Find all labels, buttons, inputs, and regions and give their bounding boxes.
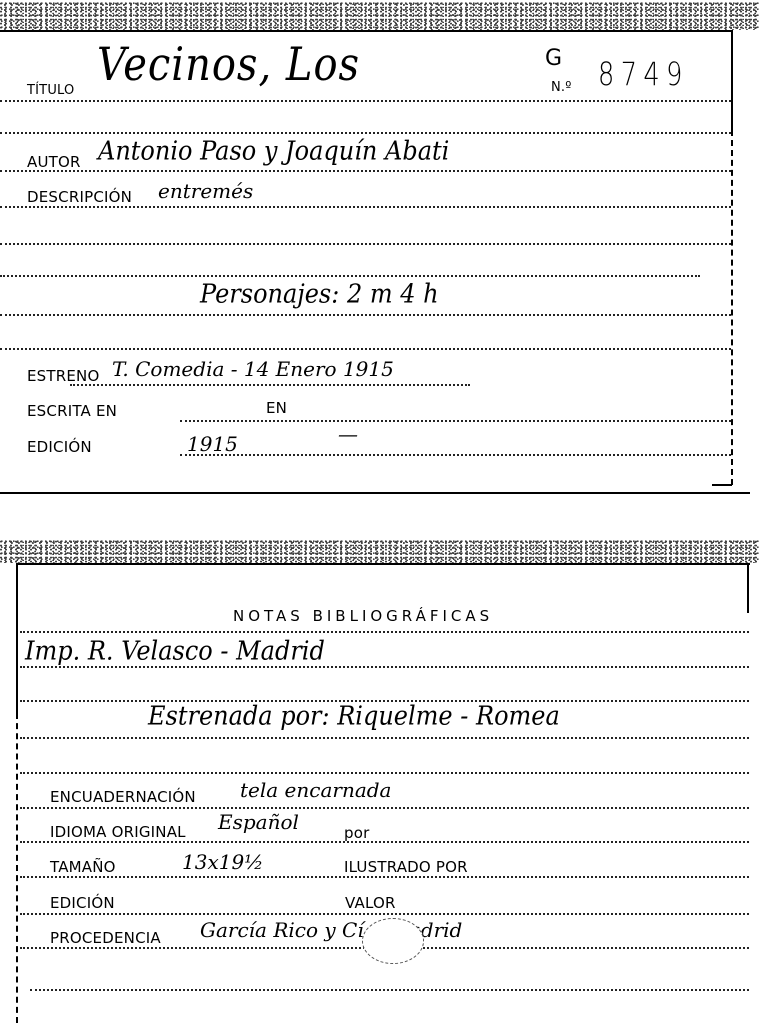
rule-line: [0, 206, 731, 208]
ilustrado-por-label: ILUSTRADO POR: [344, 860, 468, 875]
tamano-label: TAMAÑO: [50, 860, 116, 875]
card-right-border: [731, 30, 733, 130]
rule-line: [0, 275, 700, 277]
rule-line: [0, 100, 731, 102]
rule-line: [0, 348, 731, 350]
edicion-mark: —: [338, 424, 358, 444]
edicion-label: EDICIÓN: [50, 896, 115, 911]
rule-line: [20, 876, 749, 878]
rule-line: [180, 420, 731, 422]
rule-line: [20, 807, 749, 809]
idioma-original-label: IDIOMA ORIGINAL: [50, 825, 186, 840]
tamano-value: 13x19½: [182, 852, 264, 872]
titulo-label: TÍTULO: [27, 84, 74, 97]
rule-line: [20, 772, 749, 774]
card-left-border: [16, 563, 18, 713]
numero-label: N.º: [551, 81, 572, 94]
rule-line: [30, 989, 749, 991]
ink-smudge: [362, 918, 424, 964]
rule-line: [180, 454, 731, 456]
rule-line: [0, 314, 731, 316]
scan-noise-band: [0, 2, 759, 30]
card-corner-mark: [712, 484, 732, 486]
estreno-value: T. Comedia - 14 Enero 1915: [112, 359, 394, 379]
autor-label: AUTOR: [27, 155, 81, 170]
escrita-en-label: ESCRITA EN: [27, 404, 117, 419]
numero-prefix: G: [545, 48, 562, 70]
estreno-label: ESTRENO: [27, 369, 100, 384]
edicion-value: 1915: [187, 434, 238, 454]
rule-line: [0, 170, 731, 172]
titulo-value: Vecinos, Los: [97, 42, 360, 88]
personajes-note: Personajes: 2 m 4 h: [200, 281, 439, 307]
rule-line: [20, 737, 749, 739]
valor-label: VALOR: [345, 896, 396, 911]
rule-line: [0, 132, 731, 134]
card-top-border: [0, 30, 733, 32]
procedencia-label: PROCEDENCIA: [50, 931, 161, 946]
rule-line: [20, 841, 749, 843]
descripcion-label: DESCRIPCIÓN: [27, 190, 132, 205]
note-line-1: Imp. R. Velasco - Madrid: [25, 638, 325, 664]
notas-heading: NOTAS BIBLIOGRÁFICAS: [233, 609, 493, 624]
descripcion-value: entremés: [158, 181, 253, 201]
por-label: por: [344, 826, 369, 841]
rule-line: [70, 384, 470, 386]
en-label: EN: [266, 401, 287, 416]
card-left-border-faint: [16, 713, 18, 1023]
card-bottom-border: [0, 492, 750, 494]
idioma-original-value: Español: [218, 812, 299, 832]
autor-value: Antonio Paso y Joaquín Abati: [98, 138, 449, 164]
encuadernacion-value: tela encarnada: [240, 780, 391, 800]
rule-line: [20, 666, 749, 668]
scan-noise-band: [0, 540, 759, 563]
rule-line: [20, 913, 749, 915]
edicion-label: EDICIÓN: [27, 440, 92, 455]
numero-value: 8749: [598, 58, 689, 90]
card-right-border: [747, 563, 749, 613]
rule-line: [20, 631, 749, 633]
note-line-2: Estrenada por: Riquelme - Romea: [148, 703, 560, 729]
encuadernacion-label: ENCUADERNACIÓN: [50, 790, 196, 805]
rule-line: [0, 243, 731, 245]
card-right-border-faint: [731, 130, 733, 485]
card-top-border: [16, 563, 750, 565]
